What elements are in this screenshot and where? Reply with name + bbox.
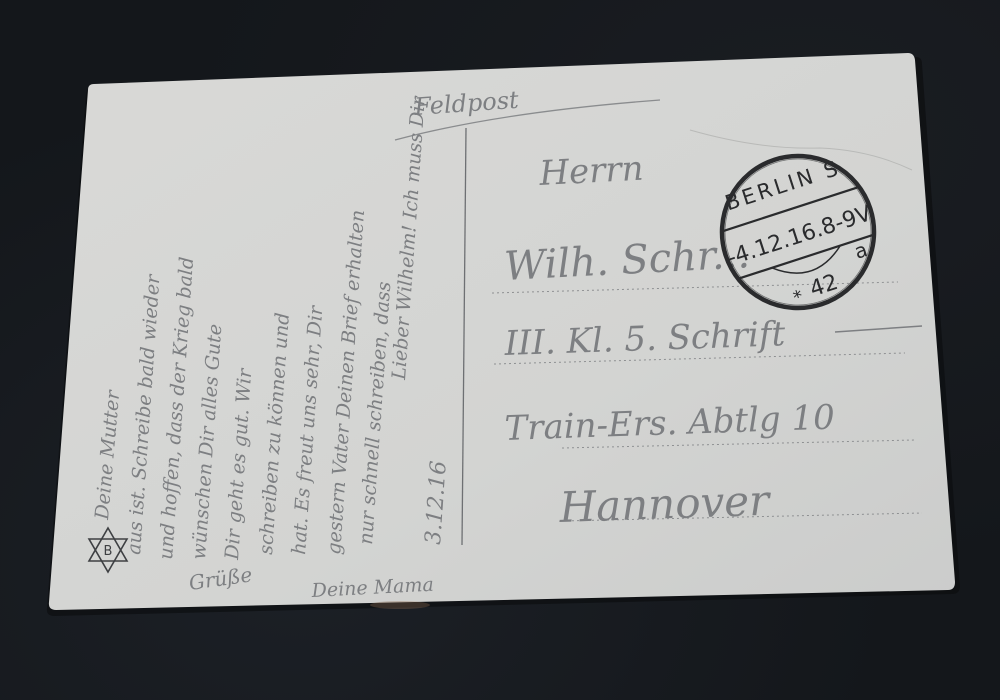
paper-stain	[370, 601, 430, 609]
publisher-letter: B	[104, 544, 113, 559]
address-line-4: Hannover	[558, 476, 773, 532]
postcard-scene: Feldpost Herrn Wilh. Schr... III. Kl. 5.…	[0, 0, 1000, 700]
address-salutation: Herrn	[537, 149, 644, 194]
